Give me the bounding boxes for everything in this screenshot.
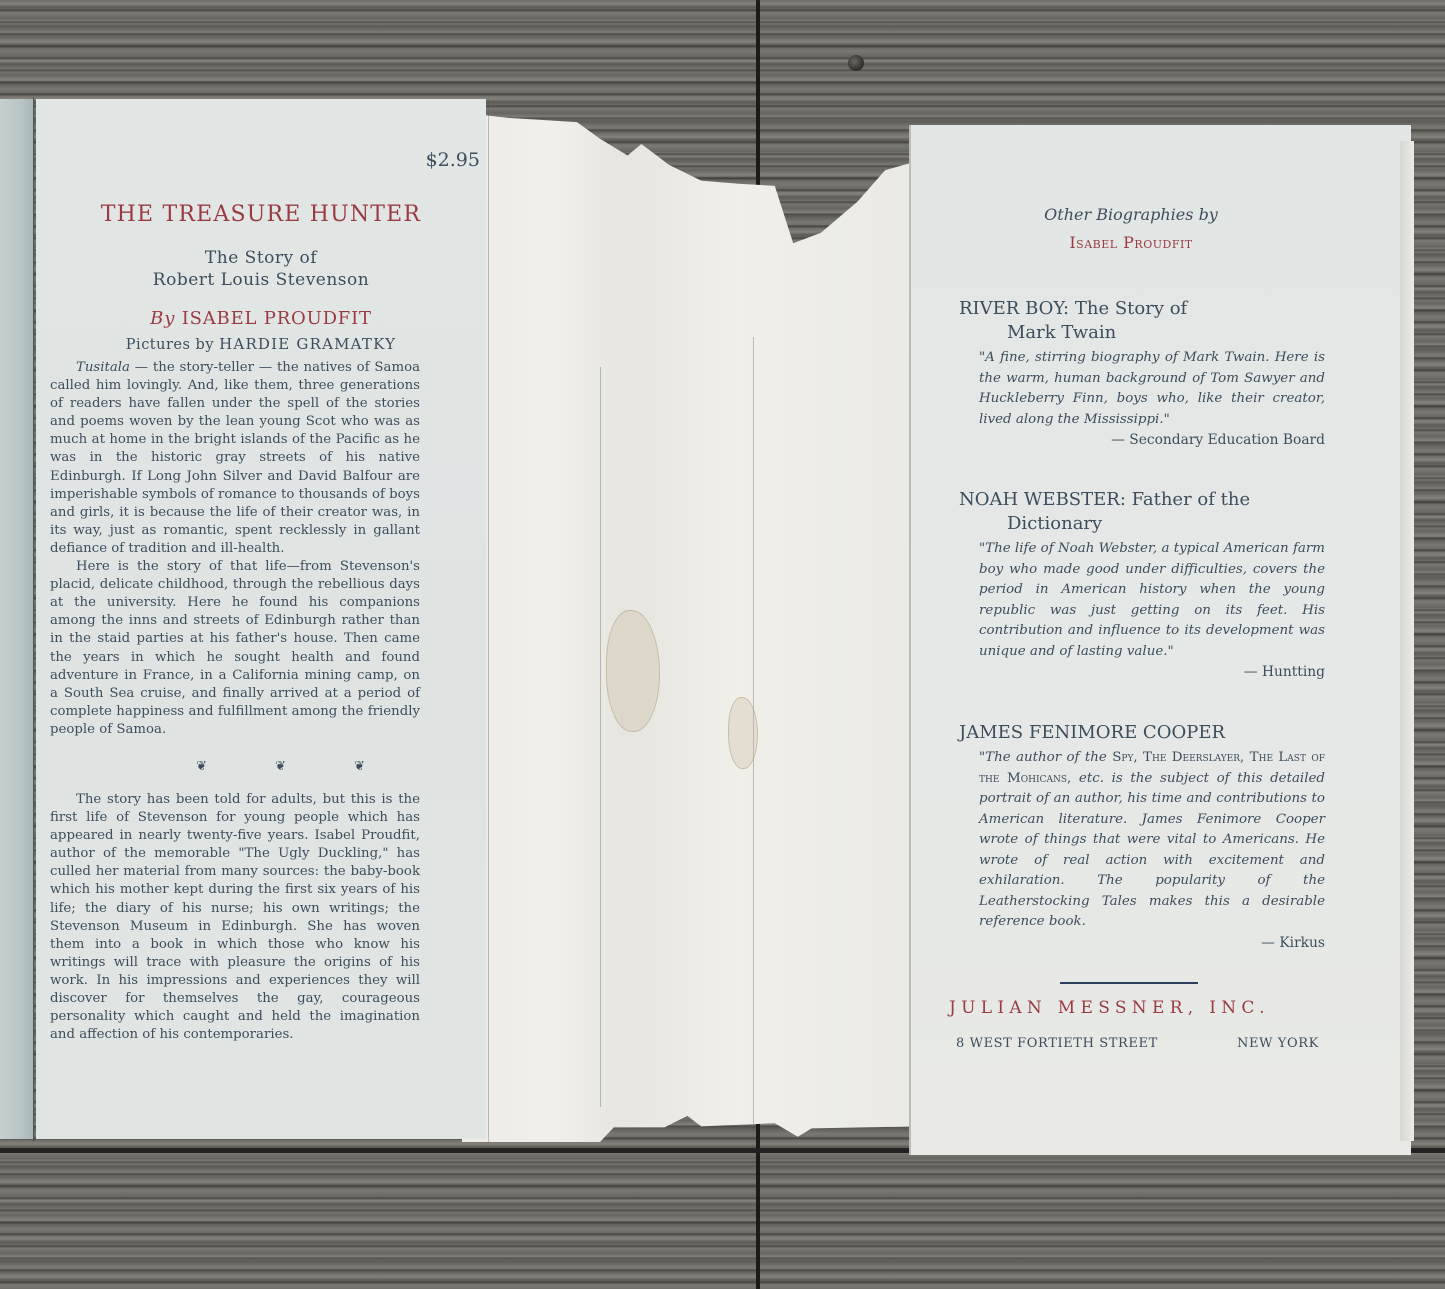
review-source: — Kirkus (959, 933, 1325, 953)
cover-fold-line (33, 97, 34, 1142)
dust-jacket: $2.95 THE TREASURE HUNTER The Story of R… (0, 97, 1430, 1142)
title-continuation: Mark Twain (959, 321, 1325, 345)
fold-line (488, 97, 489, 1142)
quote-part: etc. is the subject of this detailed por… (979, 771, 1325, 930)
ornament-divider: ❦ ❦ ❦ (196, 759, 397, 774)
publisher-address: 8 WEST FORTIETH STREET (956, 1036, 1158, 1051)
book-title: THE TREASURE HUNTER (36, 202, 486, 227)
review-quote: "A fine, stirring biography of Mark Twai… (959, 348, 1325, 430)
book-entry-title: RIVER BOY: The Story of Mark Twain (959, 297, 1325, 345)
other-biographies-heading: Other Biographies by (911, 205, 1351, 224)
publisher-name: JULIAN MESSNER, INC. (949, 998, 1329, 1018)
book-entry-james-fenimore-cooper: JAMES FENIMORE COOPER "The author of the… (959, 721, 1325, 953)
blurb-paragraph-2: Here is the story of that life—from Stev… (50, 558, 420, 739)
title-continuation: Dictionary (959, 512, 1325, 536)
book-subtitle: The Story of Robert Louis Stevenson (36, 247, 486, 291)
illustrator-line: Pictures by HARDIE GRAMATKY (36, 335, 486, 353)
blurb-paragraph-3-block: The story has been told for adults, but … (50, 791, 420, 1044)
author-byline: By ISABEL PROUDFIT (36, 308, 486, 329)
tusitala-word: Tusitala (76, 360, 130, 375)
title-line: RIVER BOY: The Story of (959, 298, 1187, 319)
back-panel: Other Biographies by Isabel Proudfit RIV… (909, 125, 1411, 1155)
pictures-label: Pictures by (126, 337, 214, 353)
blurb-paragraph-1: Tusitala — the story-teller — the native… (50, 359, 420, 558)
back-cover-edge (1400, 141, 1414, 1141)
torn-spine-area (462, 97, 922, 1142)
water-stain (728, 697, 758, 769)
blurb-paragraph-3: The story has been told for adults, but … (50, 791, 420, 1044)
other-biographies-author: Isabel Proudfit (911, 233, 1351, 252)
water-stain (606, 610, 660, 732)
book-entry-title: NOAH WEBSTER: Father of the Dictionary (959, 488, 1325, 536)
by-label: By (150, 308, 175, 329)
author-name: ISABEL PROUDFIT (182, 308, 372, 329)
quote-part: "The author of the (979, 750, 1112, 765)
front-cover-edge (0, 99, 34, 1139)
review-quote: "The life of Noah Webster, a typical Ame… (959, 539, 1325, 662)
price-label: $2.95 (426, 149, 480, 171)
book-entry-river-boy: RIVER BOY: The Story of Mark Twain "A fi… (959, 297, 1325, 450)
book-entry-noah-webster: NOAH WEBSTER: Father of the Dictionary "… (959, 488, 1325, 682)
review-source: — Huntting (959, 662, 1325, 682)
review-source: — Secondary Education Board (959, 430, 1325, 450)
publisher-city: NEW YORK (1237, 1036, 1319, 1051)
divider-rule (1060, 982, 1198, 984)
illustrator-name: HARDIE GRAMATKY (219, 335, 396, 353)
blurb-paragraphs: Tusitala — the story-teller — the native… (50, 359, 420, 739)
review-quote: "The author of the Spy, The Deerslayer, … (959, 748, 1325, 933)
title-line: NOAH WEBSTER: Father of the (959, 489, 1250, 510)
nail-head (848, 55, 864, 71)
front-flap: $2.95 THE TREASURE HUNTER The Story of R… (36, 99, 486, 1139)
subtitle-line-2: Robert Louis Stevenson (36, 269, 486, 291)
fold-line (600, 367, 601, 1107)
paragraph-1-text: — the story-teller — the natives of Samo… (50, 360, 420, 556)
subtitle-line-1: The Story of (36, 247, 486, 269)
book-entry-title: JAMES FENIMORE COOPER (959, 721, 1325, 745)
